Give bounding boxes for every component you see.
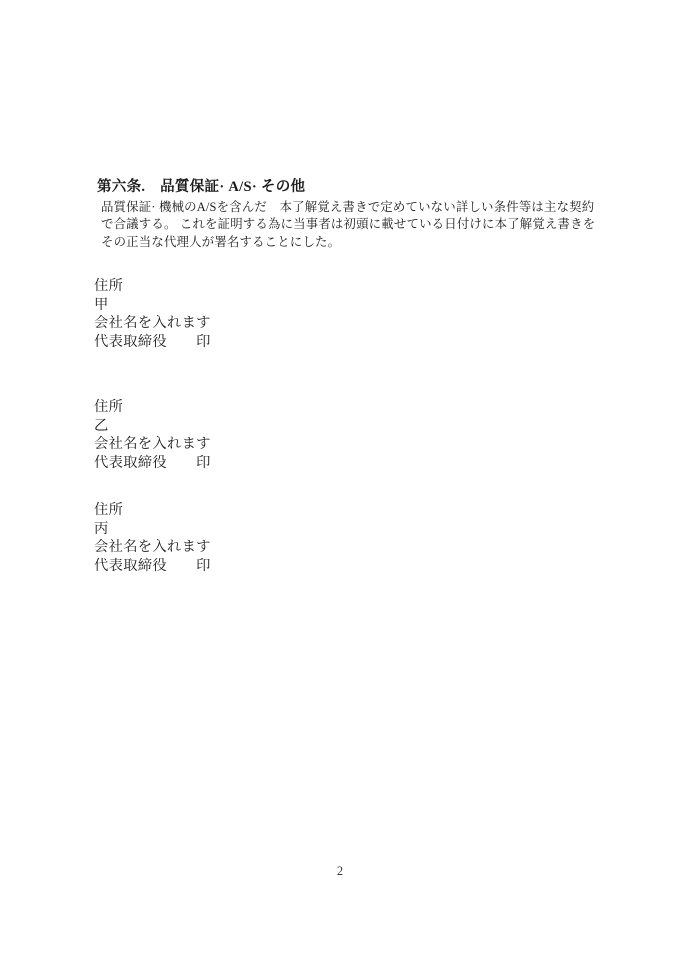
page-number: 2 [0,863,680,879]
document-page: 第六条. 品質保証· A/S· その他 品質保証· 機械のA/Sを含んだ 本了解… [0,0,680,962]
party-label: 丙 [94,520,211,539]
address-label: 住所 [94,501,211,520]
address-label: 住所 [94,277,211,296]
company-name-placeholder: 会社名を入れます [94,435,211,454]
party-label: 甲 [94,296,211,315]
article-heading: 第六条. 品質保証· A/S· その他 [97,177,305,197]
company-name-placeholder: 会社名を入れます [94,314,211,333]
address-label: 住所 [94,398,211,417]
article-body-line: 品質保証· 機械のA/Sを含んだ 本了解覚え書きで定めていない詳しい条件等は主な… [101,199,595,216]
representative-seal-line: 代表取締役 印 [94,333,211,352]
representative-seal-line: 代表取締役 印 [94,454,211,473]
representative-seal-line: 代表取締役 印 [94,557,211,576]
article-body-line: で合議する。 これを証明する為に当事者は初頭に載せている日付けに本了解覚え書きを [101,216,595,233]
article-body: 品質保証· 機械のA/Sを含んだ 本了解覚え書きで定めていない詳しい条件等は主な… [101,199,595,251]
party-label: 乙 [94,417,211,436]
signature-block-hei: 住所 丙 会社名を入れます 代表取締役 印 [94,501,211,575]
signature-block-otsu: 住所 乙 会社名を入れます 代表取締役 印 [94,398,211,472]
article-body-line: その正当な代理人が署名することにした。 [101,234,595,251]
signature-block-kou: 住所 甲 会社名を入れます 代表取締役 印 [94,277,211,351]
company-name-placeholder: 会社名を入れます [94,538,211,557]
